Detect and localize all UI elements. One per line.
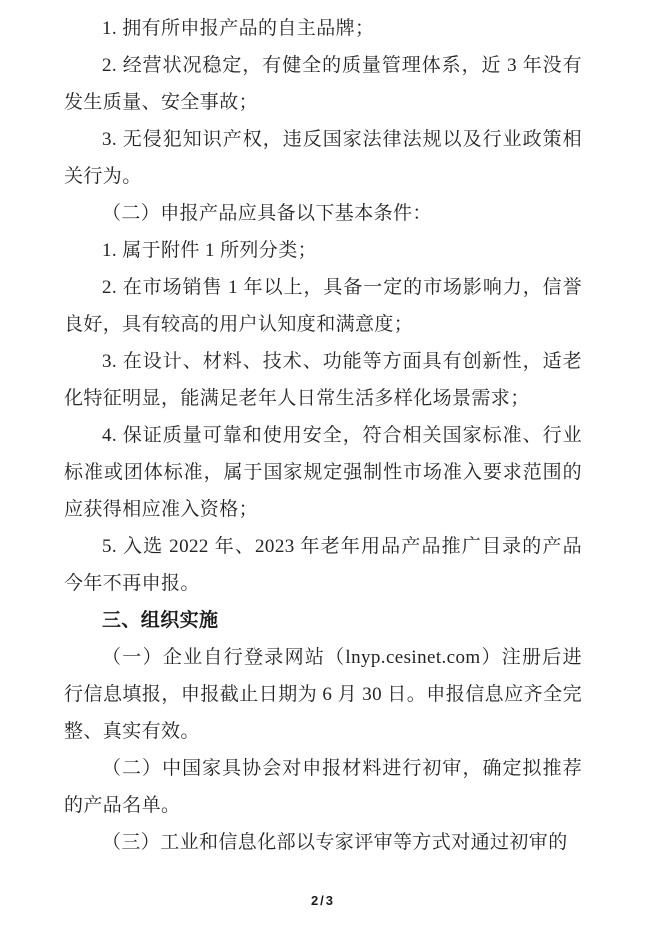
section-heading: 三、组织实施 (64, 602, 582, 639)
page-number: 2/3 (311, 893, 335, 908)
paragraph: （一）企业自行登录网站（lnyp.cesinet.com）注册后进行信息填报，申… (64, 639, 582, 750)
paragraph: （二）中国家具协会对申报材料进行初审，确定拟推荐的产品名单。 (64, 750, 582, 824)
document-body: 1. 拥有所申报产品的自主品牌；2. 经营状况稳定，有健全的质量管理体系，近 3… (64, 10, 582, 861)
paragraph: （三）工业和信息化部以专家评审等方式对通过初审的 (64, 824, 582, 861)
paragraph: 3. 在设计、材料、技术、功能等方面具有创新性，适老化特征明显，能满足老年人日常… (64, 343, 582, 417)
paragraph: 1. 属于附件 1 所列分类； (64, 232, 582, 269)
paragraph: 3. 无侵犯知识产权，违反国家法律法规以及行业政策相关行为。 (64, 121, 582, 195)
page-footer: 2/3 (0, 892, 646, 910)
paragraph: 2. 经营状况稳定，有健全的质量管理体系，近 3 年没有发生质量、安全事故； (64, 47, 582, 121)
paragraph: 1. 拥有所申报产品的自主品牌； (64, 10, 582, 47)
document-page: 1. 拥有所申报产品的自主品牌；2. 经营状况稳定，有健全的质量管理体系，近 3… (0, 0, 646, 927)
paragraph: 2. 在市场销售 1 年以上，具备一定的市场影响力，信誉良好，具有较高的用户认知… (64, 269, 582, 343)
paragraph: 5. 入选 2022 年、2023 年老年用品产品推广目录的产品今年不再申报。 (64, 528, 582, 602)
paragraph: （二）申报产品应具备以下基本条件： (64, 195, 582, 232)
paragraph: 4. 保证质量可靠和使用安全，符合相关国家标准、行业标准或团体标准，属于国家规定… (64, 417, 582, 528)
